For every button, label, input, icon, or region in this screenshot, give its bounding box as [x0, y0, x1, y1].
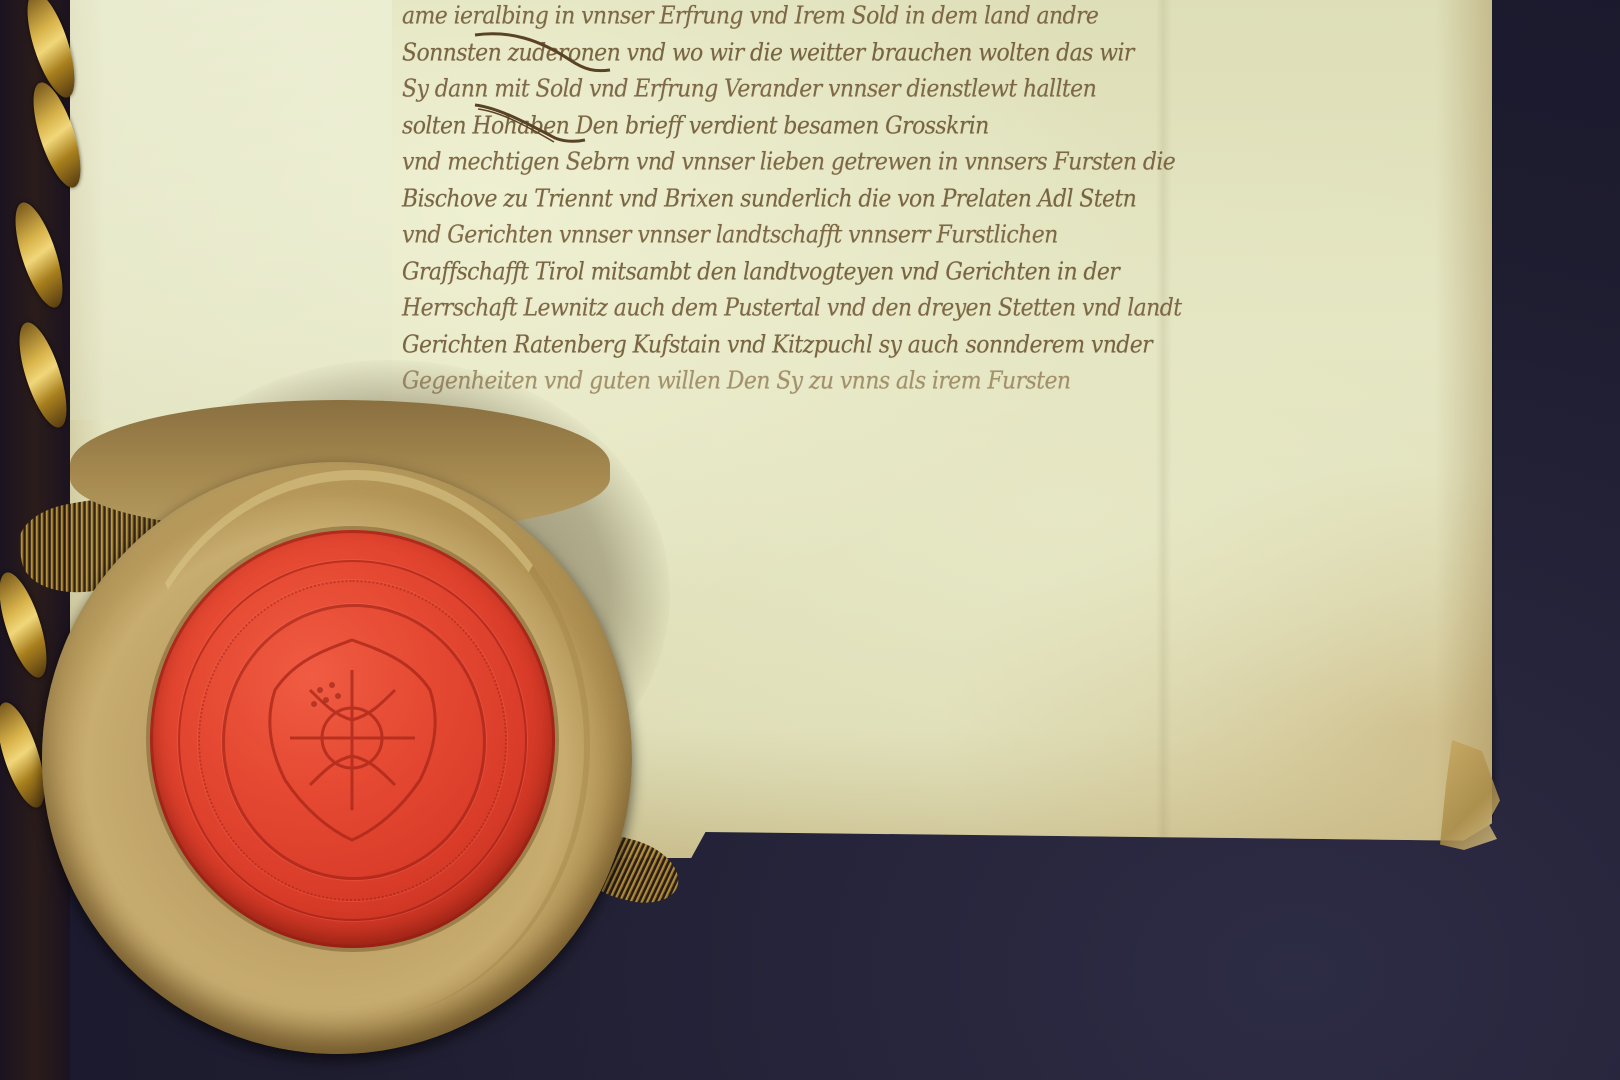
text-line: Herrschaft Lewnitz auch dem Pustertal vn… — [402, 294, 1342, 335]
text-line: Gerichten Ratenberg Kufstain vnd Kitzpuc… — [402, 331, 1342, 372]
charter-text: ame ieralbing in vnnser Erfrung vnd Irem… — [402, 2, 1342, 404]
text-line: Sonnsten zuderonen vnd wo wir die weitte… — [402, 39, 1342, 80]
document-photo: ame ieralbing in vnnser Erfrung vnd Irem… — [0, 0, 1620, 1080]
text-line: Bischove zu Triennt vnd Brixen sunderlic… — [402, 185, 1342, 226]
text-line: solten Hohaben Den brieff verdient besam… — [402, 112, 1342, 153]
text-line: Sy dann mit Sold vnd Erfrung Verander vn… — [402, 75, 1342, 116]
text-line: ame ieralbing in vnnser Erfrung vnd Irem… — [402, 2, 1342, 43]
parchment-fold-flap — [62, 0, 392, 420]
seal-coat-of-arms-icon — [240, 620, 465, 855]
text-line: vnd Gerichten vnnser vnnser landtschafft… — [402, 221, 1342, 262]
text-line: vnd mechtigen Sebrn vnd vnnser lieben ge… — [402, 148, 1342, 189]
text-line: Graffschafft Tirol mitsambt den landtvog… — [402, 258, 1342, 299]
